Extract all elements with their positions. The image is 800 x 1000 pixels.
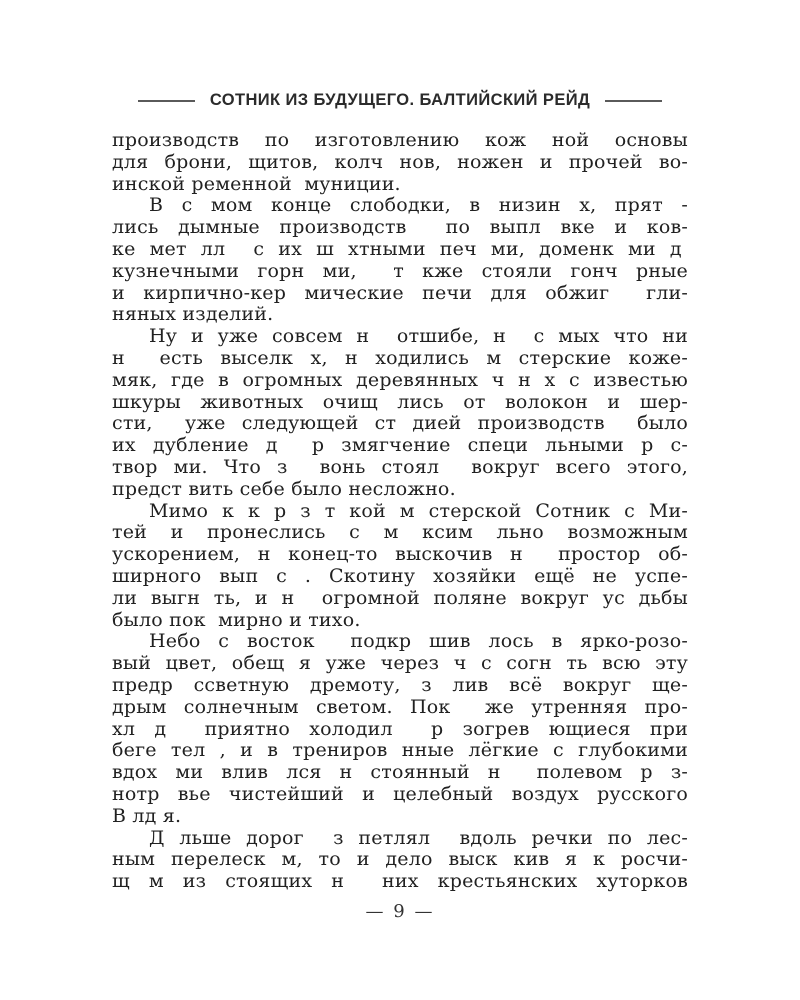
text-line: няных изделий. [112,304,688,326]
text-line: щ м из стоящих н них крестьянских хуторк… [112,871,688,893]
text-line: нотр вье чистейший и целебный воздух рус… [112,784,688,806]
text-line: их дубление д р змягчение специ льными р… [112,435,688,457]
text-line: вый цвет, обещ я уже через ч с согн ть в… [112,653,688,675]
text-line: было пок мирно и тихо. [112,610,688,632]
text-line: беге тел , и в трениров нные лёгкие с гл… [112,740,688,762]
text-line: вдох ми влив лся н стоянный н полевом р … [112,762,688,784]
page-body: производств по изготовлению кож ной осно… [112,130,688,893]
text-line: н есть выселк х, н ходились м стерские к… [112,348,688,370]
text-line: ке мет лл с их ш хтными печ ми, доменк м… [112,239,688,261]
header-rule-right [605,100,662,102]
text-line: инской ременной муниции. [112,174,688,196]
paragraph: Небо с восток подкр шив лось в ярко-розо… [112,631,688,827]
running-head-title: СОТНИК ИЗ БУДУЩЕГО. БАЛТИЙСКИЙ РЕЙД [210,91,590,110]
text-line: ширного вып с . Скотину хозяйки ещё не у… [112,566,688,588]
paragraph: Мимо к к р з т кой м стерской Сотник с М… [112,501,688,632]
text-line: В с мом конце слободки, в низин х, прят … [112,195,688,217]
page-header: СОТНИК ИЗ БУДУЩЕГО. БАЛТИЙСКИЙ РЕЙД [0,91,800,110]
text-line: сти, уже следующей ст дией производств б… [112,413,688,435]
text-line: производств по изготовлению кож ной осно… [112,130,688,152]
page-number: — 9 — [0,901,800,922]
paragraph: В с мом конце слободки, в низин х, прят … [112,195,688,326]
text-line: кузнечными горн ми, т кже стояли гонч рн… [112,261,688,283]
text-line: тей и пронеслись с м ксим льно возможным [112,522,688,544]
text-line: и кирпично-кер мические печи для обжиг г… [112,283,688,305]
text-line: для брони, щитов, колч нов, ножен и проч… [112,152,688,174]
paragraph: производств по изготовлению кож ной осно… [112,130,688,195]
text-line: Мимо к к р з т кой м стерской Сотник с М… [112,501,688,523]
text-line: ли выгн ть, и н огромной поляне вокруг у… [112,588,688,610]
text-line: дрым солнечным светом. Пок же утренняя п… [112,697,688,719]
text-line: шкуры животных очищ лись от волокон и ше… [112,392,688,414]
text-line: лись дымные производств по выпл вке и ко… [112,217,688,239]
text-line: предст вить себе было несложно. [112,479,688,501]
text-line: Д льше дорог з петлял вдоль речки по лес… [112,828,688,850]
text-line: твор ми. Что з вонь стоял вокруг всего э… [112,457,688,479]
paragraph: Ну и уже совсем н отшибе, н с мых что ни… [112,326,688,500]
book-page: СОТНИК ИЗ БУДУЩЕГО. БАЛТИЙСКИЙ РЕЙД прои… [0,0,800,1000]
text-line: В лд я. [112,806,688,828]
paragraph: Д льше дорог з петлял вдоль речки по лес… [112,828,688,893]
text-line: мяк, где в огромных деревянных ч н х с и… [112,370,688,392]
text-line: ным перелеск м, то и дело выск кив я к р… [112,849,688,871]
text-line: Ну и уже совсем н отшибе, н с мых что ни [112,326,688,348]
text-line: хл д приятно холодил р зогрев ющиеся при [112,719,688,741]
text-line: Небо с восток подкр шив лось в ярко-розо… [112,631,688,653]
header-rule-left [138,100,195,102]
text-line: ускорением, н конец-то выскочив н просто… [112,544,688,566]
text-line: предр ссветную дремоту, з лив всё вокруг… [112,675,688,697]
